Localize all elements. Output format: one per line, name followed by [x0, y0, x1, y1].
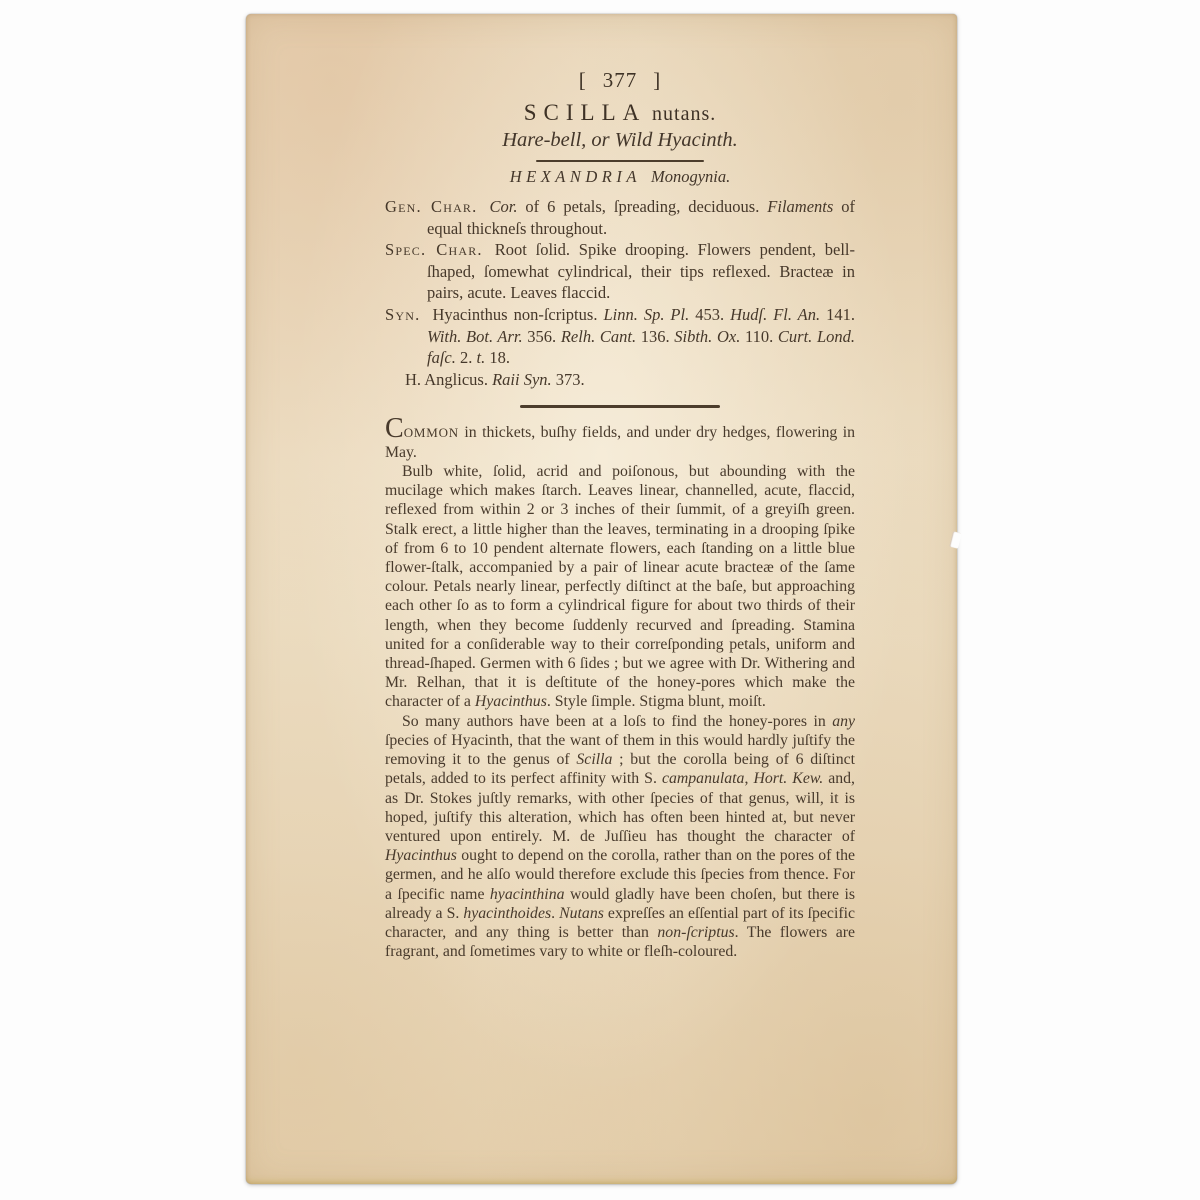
- entry-label: Spec. Char.: [385, 240, 483, 259]
- taxonomy-line: HEXANDRIAMonogynia.: [385, 167, 855, 187]
- italic-text: Raii Syn.: [492, 370, 552, 389]
- entry: Gen. Char.Cor. of 6 petals, ſpreading, d…: [385, 196, 855, 239]
- text-run: 373.: [552, 370, 585, 389]
- text-run: .: [551, 905, 559, 922]
- text-run: . Style ſimple. Stigma blunt, moiſt.: [547, 693, 766, 710]
- text-run: 356.: [523, 327, 561, 346]
- italic-text: campanulata: [662, 770, 745, 787]
- italic-text: Linn. Sp. Pl.: [603, 305, 689, 324]
- text-run: 136.: [636, 327, 674, 346]
- body-paragraphs: COMMON in thickets, buſhy fields, and un…: [385, 415, 855, 961]
- smallcaps-text: OMMON: [404, 425, 459, 440]
- italic-text: non-ſcriptus: [657, 924, 734, 941]
- book-page-paper: [377] SCILLA nutans. Hare-bell, or Wild …: [246, 14, 957, 1184]
- text-run: Bulb white, ſolid, acrid and poiſonous, …: [385, 463, 855, 710]
- italic-text: any: [832, 713, 855, 730]
- page-number-bracket-open: [: [579, 68, 587, 92]
- italic-text: Hyacinthus: [385, 847, 457, 864]
- italic-text: Filaments: [767, 197, 833, 216]
- entry: Syn.Hyacinthus non-ſcriptus. Linn. Sp. P…: [385, 304, 855, 369]
- text-run: of 6 petals, ſpreading, deciduous.: [517, 197, 767, 216]
- italic-text: Sibth. Ox.: [674, 327, 740, 346]
- page-number: 377: [603, 68, 638, 92]
- italic-text: t.: [477, 348, 486, 367]
- text-run: H. Anglicus.: [405, 370, 492, 389]
- italic-text: Hyacinthus: [475, 693, 547, 710]
- entries: Gen. Char.Cor. of 6 petals, ſpreading, d…: [385, 196, 855, 390]
- italic-text: Hudſ. Fl. An.: [730, 305, 820, 324]
- paragraph: So many authors have been at a loſs to f…: [385, 712, 855, 962]
- entry: Spec. Char.Root ſolid. Spike drooping. F…: [385, 239, 855, 304]
- text-run: 141.: [820, 305, 855, 324]
- divider-rule-mid: [520, 405, 720, 408]
- italic-text: Cor.: [489, 197, 517, 216]
- italic-text: With. Bot. Arr.: [427, 327, 523, 346]
- linnaean-order: Monogynia.: [651, 167, 730, 186]
- page-number-bracket-close: ]: [653, 68, 661, 92]
- title-line: SCILLA nutans.: [385, 100, 855, 126]
- dropcap-letter: C: [385, 413, 404, 444]
- divider-rule-top: [536, 160, 704, 162]
- italic-text: Relh. Cant.: [561, 327, 636, 346]
- text-block: [377] SCILLA nutans. Hare-bell, or Wild …: [385, 14, 855, 961]
- text-run: 453.: [689, 305, 730, 324]
- text-run: So many authors have been at a loſs to f…: [402, 713, 832, 730]
- italic-text: Nutans: [559, 905, 604, 922]
- entry-label: Syn.: [385, 305, 420, 324]
- italic-text: hyacinthoides: [463, 905, 551, 922]
- text-run: 110.: [740, 327, 778, 346]
- page-number-line: [377]: [385, 68, 855, 93]
- genus-name: SCILLA: [524, 100, 647, 125]
- text-run: Hyacinthus non-ſcriptus.: [432, 305, 603, 324]
- italic-text: Scilla: [576, 751, 612, 768]
- paragraph: COMMON in thickets, buſhy fields, and un…: [385, 415, 855, 462]
- text-run: Root ſolid. Spike drooping. Flowers pend…: [427, 240, 855, 302]
- linnaean-class: HEXANDRIA: [510, 167, 641, 186]
- entry-label: Gen. Char.: [385, 197, 477, 216]
- paper-edge-notch: [949, 531, 962, 549]
- text-run: 18.: [485, 348, 510, 367]
- species-name: nutans.: [652, 103, 716, 125]
- italic-text: hyacinthina: [490, 886, 565, 903]
- entry: H. Anglicus. Raii Syn. 373.: [385, 369, 855, 391]
- common-name: Hare-bell, or Wild Hyacinth.: [385, 129, 855, 152]
- text-run: 2.: [456, 348, 477, 367]
- paragraph: Bulb white, ſolid, acrid and poiſonous, …: [385, 462, 855, 712]
- italic-text: Hort. Kew.: [753, 770, 823, 787]
